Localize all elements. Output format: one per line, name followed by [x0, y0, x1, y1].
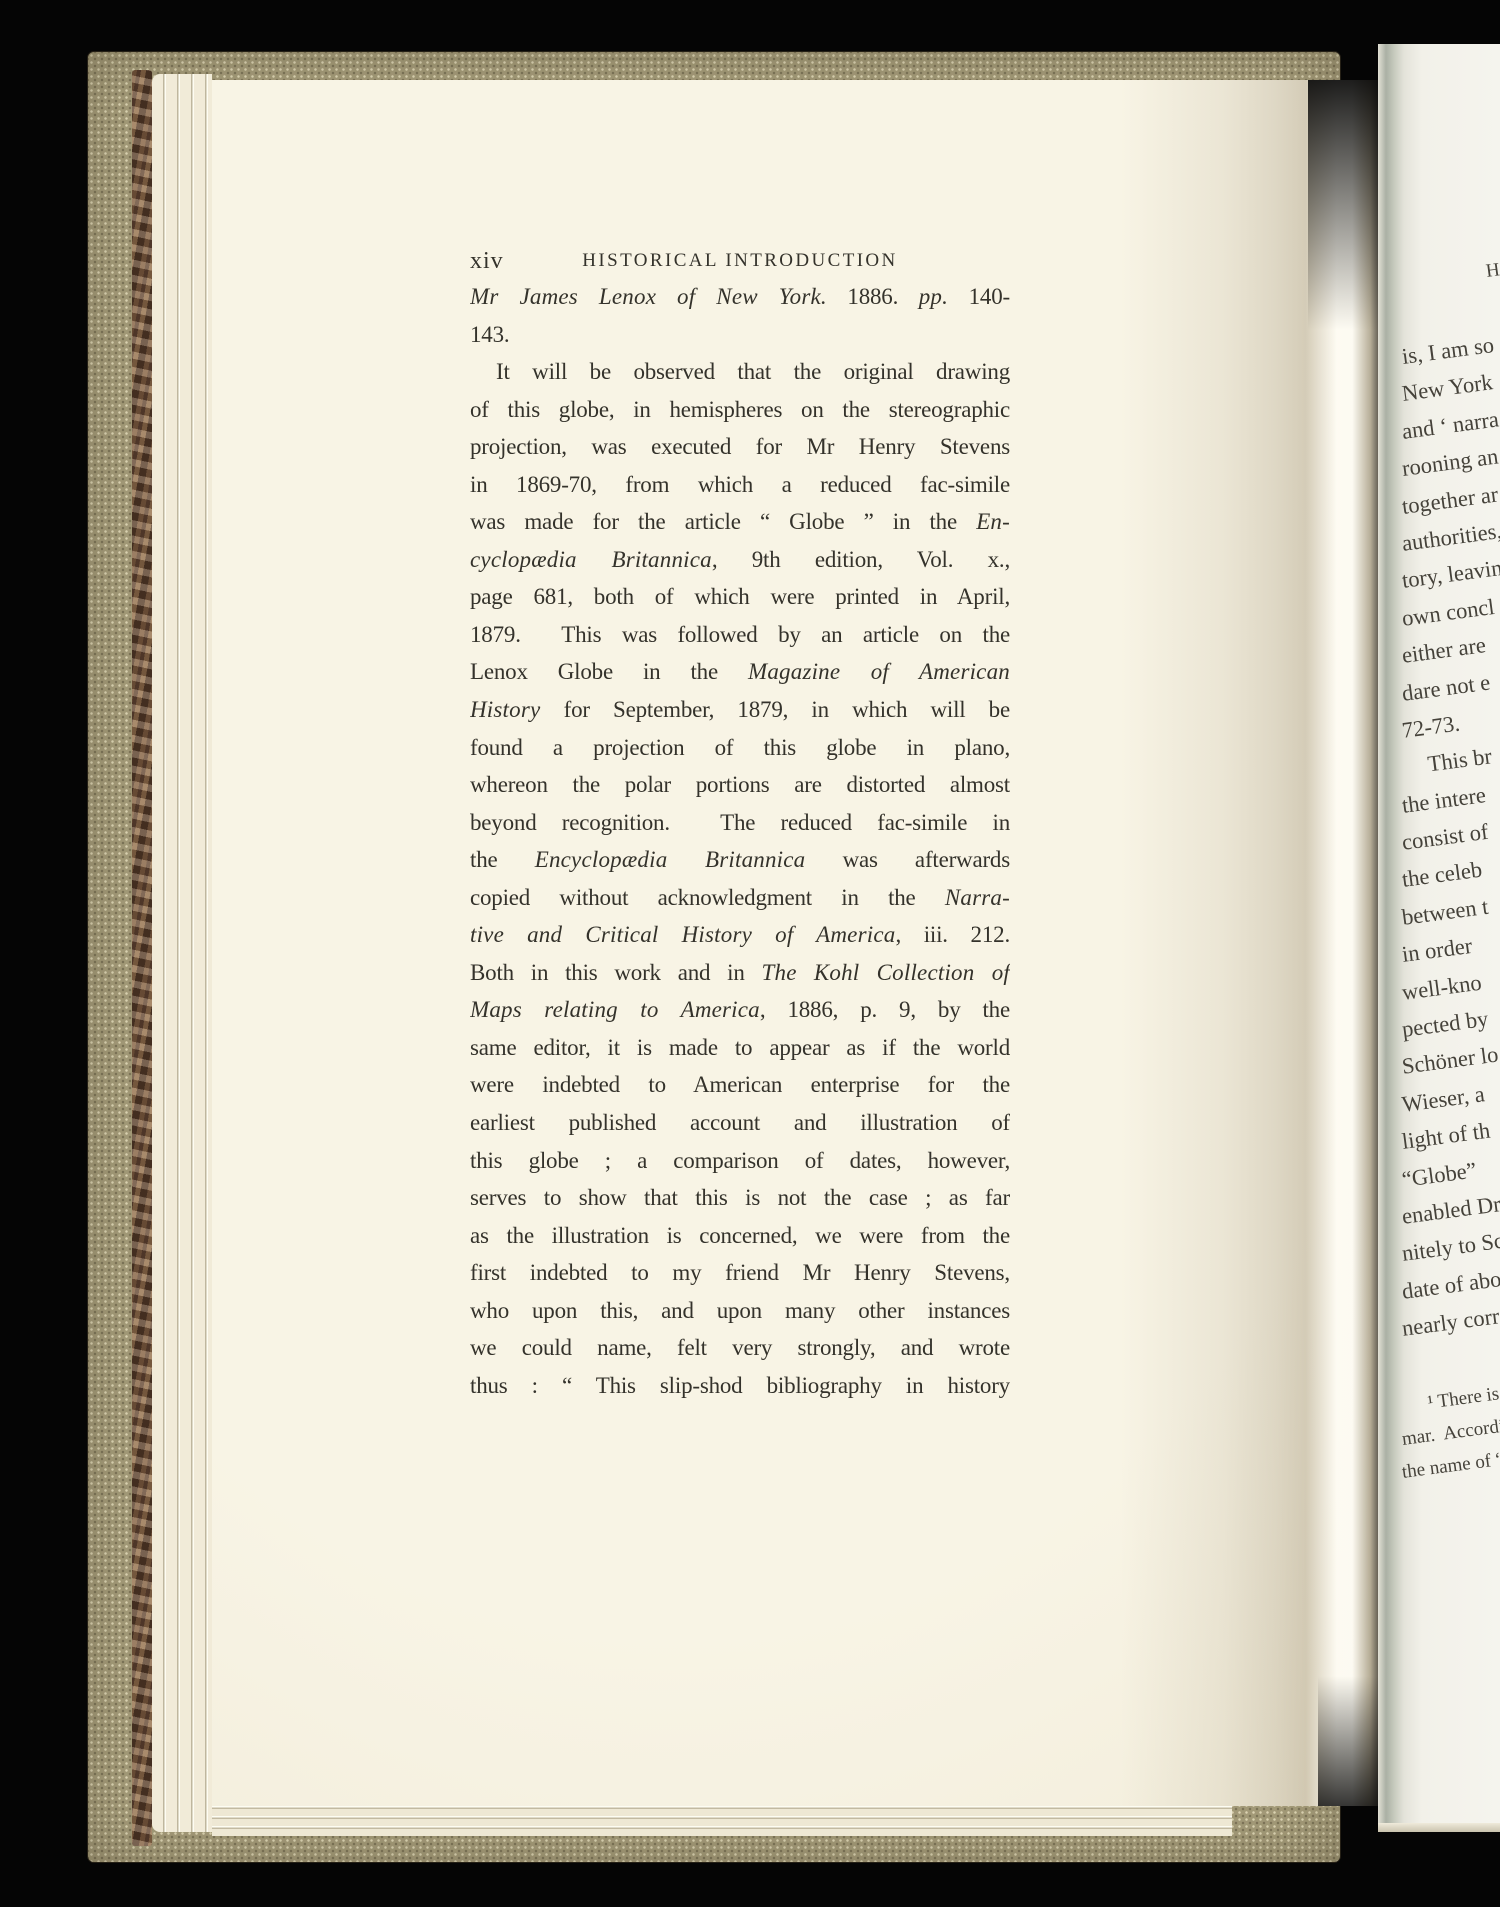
text-line: page 681, both of which were printed in … — [470, 578, 1010, 616]
text-line: copied without acknowledgment in the Nar… — [470, 879, 1010, 917]
text-line: 143. — [470, 316, 1010, 354]
text-line: earliest published account and illustrat… — [470, 1104, 1010, 1142]
text-line: serves to show that this is not the case… — [470, 1179, 1010, 1217]
text-line: cyclopædia Britannica, 9th edition, Vol.… — [470, 541, 1010, 579]
body-text-block: Mr James Lenox of New York. 1886. pp. 14… — [470, 278, 1010, 1404]
text-line: we could name, felt very strongly, and w… — [470, 1329, 1010, 1367]
text-line: same editor, it is made to appear as if … — [470, 1029, 1010, 1067]
text-line: first indebted to my friend Mr Henry Ste… — [470, 1254, 1010, 1292]
page-header: xiv HISTORICAL INTRODUCTION — [470, 244, 1010, 278]
text-line: Lenox Globe in the Magazine of American — [470, 653, 1010, 691]
left-page: xiv HISTORICAL INTRODUCTION Mr James Len… — [212, 80, 1378, 1806]
right-page: H is, I am soNew Yorkand ‘ narrarooning … — [1378, 44, 1500, 1832]
text-line: beyond recognition. The reduced fac-simi… — [470, 804, 1010, 842]
text-line: projection, was executed for Mr Henry St… — [470, 428, 1010, 466]
text-line: was made for the article “ Globe ” in th… — [470, 503, 1010, 541]
right-running-title-fragment: H — [1484, 251, 1500, 290]
text-line: were indebted to American enterprise for… — [470, 1066, 1010, 1104]
right-page-footnote: ¹ There is amar. Accordithe name of “ — [1402, 1390, 1500, 1489]
text-line: It will be observed that the original dr… — [470, 353, 1010, 391]
text-line: as the illustration is concerned, we wer… — [470, 1217, 1010, 1255]
gutter-shadow — [1120, 80, 1378, 1806]
text-line: Both in this work and in The Kohl Collec… — [470, 954, 1010, 992]
right-page-lines: is, I am soNew Yorkand ‘ narrarooning an… — [1402, 338, 1500, 1348]
text-line: this globe ; a comparison of dates, howe… — [470, 1142, 1010, 1180]
text-line: tive and Critical History of America, ii… — [470, 916, 1010, 954]
right-page-text: H is, I am soNew Yorkand ‘ narrarooning … — [1402, 338, 1500, 1489]
text-line: History for September, 1879, in which wi… — [470, 691, 1010, 729]
text-line: in 1869-70, from which a reduced fac-sim… — [470, 466, 1010, 504]
text-line: whereon the polar portions are distorted… — [470, 766, 1010, 804]
text-line: Maps relating to America, 1886, p. 9, by… — [470, 991, 1010, 1029]
marbled-page-edge — [132, 70, 152, 1846]
text-line: of this globe, in hemispheres on the ste… — [470, 391, 1010, 429]
photo-background: xiv HISTORICAL INTRODUCTION Mr James Len… — [0, 0, 1500, 1907]
running-title: HISTORICAL INTRODUCTION — [470, 250, 1010, 272]
text-line: thus : “ This slip-shod bibliography in … — [470, 1367, 1010, 1405]
text-line: 1879. This was followed by an article on… — [470, 616, 1010, 654]
page-stack-edge-left — [152, 74, 212, 1832]
text-line: found a projection of this globe in plan… — [470, 729, 1010, 767]
text-line: who upon this, and upon many other insta… — [470, 1292, 1010, 1330]
text-line: the Encyclopædia Britannica was afterwar… — [470, 841, 1010, 879]
text-line: Mr James Lenox of New York. 1886. pp. 14… — [470, 278, 1010, 316]
